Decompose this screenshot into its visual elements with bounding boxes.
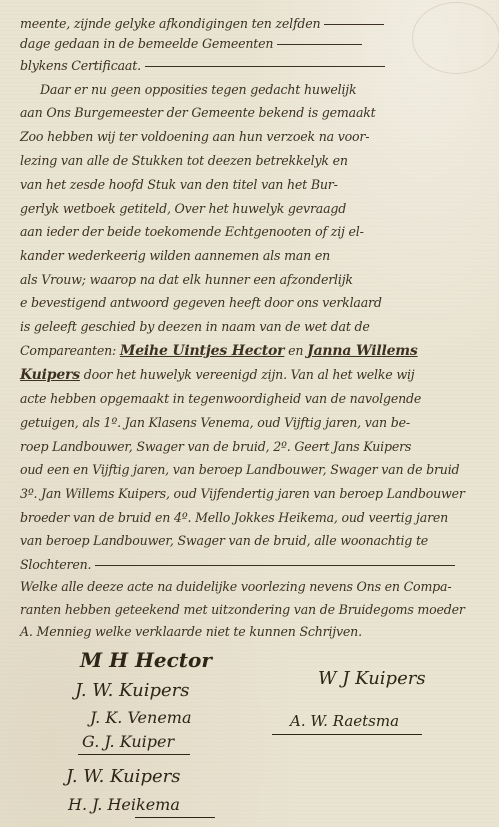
text-line: Slochteren. xyxy=(20,555,490,574)
signature-flourish xyxy=(272,734,422,735)
text-line: Daar er nu geen opposities tegen gedacht… xyxy=(40,80,499,99)
text-line: roep Landbouwer, Swager van de bruid, 2º… xyxy=(20,437,490,456)
text-line: meente, zijnde gelyke afkondigingen ten … xyxy=(20,14,490,33)
text-line: 3º. Jan Willems Kuipers, oud Vijfenderti… xyxy=(20,484,490,503)
signature: J. W. Kuipers xyxy=(66,766,180,787)
text-line: lezing van alle de Stukken tot deezen be… xyxy=(20,151,490,170)
signature: A. W. Raetsma xyxy=(290,712,399,730)
bride-surname: Kuipers xyxy=(20,367,80,383)
compareanten-line: Compareanten: Meihe Uintjes Hector en Ja… xyxy=(20,341,490,361)
text-line: blykens Certificaat. xyxy=(20,56,490,75)
text-line: acte hebben opgemaakt in tegenwoordighei… xyxy=(20,389,490,408)
text-line: als Vrouw; waarop na dat elk hunner een … xyxy=(20,270,490,289)
text-line: broeder van de bruid en 4º. Mello Jokkes… xyxy=(20,508,490,527)
signature: G. J. Kuiper xyxy=(82,732,174,751)
text-line: aan ieder der beide toekomende Echtgenoo… xyxy=(20,222,490,241)
signature-flourish xyxy=(135,817,215,818)
text-line: e bevestigend antwoord gegeven heeft doo… xyxy=(20,293,490,312)
signature: M H Hector xyxy=(80,648,212,672)
bride-name: Janna Willems xyxy=(307,343,417,359)
text-line: kander wederkeerig wilden aannemen als m… xyxy=(20,246,490,265)
text-line: oud een en Vijftig jaren, van beroep Lan… xyxy=(20,460,490,479)
text-line: dage gedaan in de bemeelde Gemeenten xyxy=(20,34,490,53)
text-line: Kuipers door het huwelyk vereenigd zijn.… xyxy=(20,365,490,385)
text-line: A. Mennieg welke verklaarde niet te kunn… xyxy=(20,622,490,641)
text-line: van het zesde hoofd Stuk van den titel v… xyxy=(20,175,490,194)
document-page: meente, zijnde gelyke afkondigingen ten … xyxy=(0,0,499,827)
signature: W J Kuipers xyxy=(318,668,426,689)
text-line: ranten hebben geteekend met uitzondering… xyxy=(20,600,490,619)
text-line: is geleeft geschied by deezen in naam va… xyxy=(20,317,490,336)
text-line: van beroep Landbouwer, Swager van de bru… xyxy=(20,531,490,550)
text-line: getuigen, als 1º. Jan Klasens Venema, ou… xyxy=(20,413,490,432)
text-line: Zoo hebben wij ter voldoening aan hun ve… xyxy=(20,127,490,146)
signature: H. J. Heikema xyxy=(68,795,180,814)
signature: J. K. Venema xyxy=(90,708,192,727)
text-line: gerlyk wetboek getiteld, Over het huwely… xyxy=(20,199,490,218)
text-line: Welke alle deeze acte na duidelijke voor… xyxy=(20,577,490,596)
groom-name: Meihe Uintjes Hector xyxy=(120,343,284,359)
signature: J. W. Kuipers xyxy=(75,680,189,701)
text-line: aan Ons Burgemeester der Gemeente bekend… xyxy=(20,103,490,122)
signature-flourish xyxy=(78,754,190,755)
